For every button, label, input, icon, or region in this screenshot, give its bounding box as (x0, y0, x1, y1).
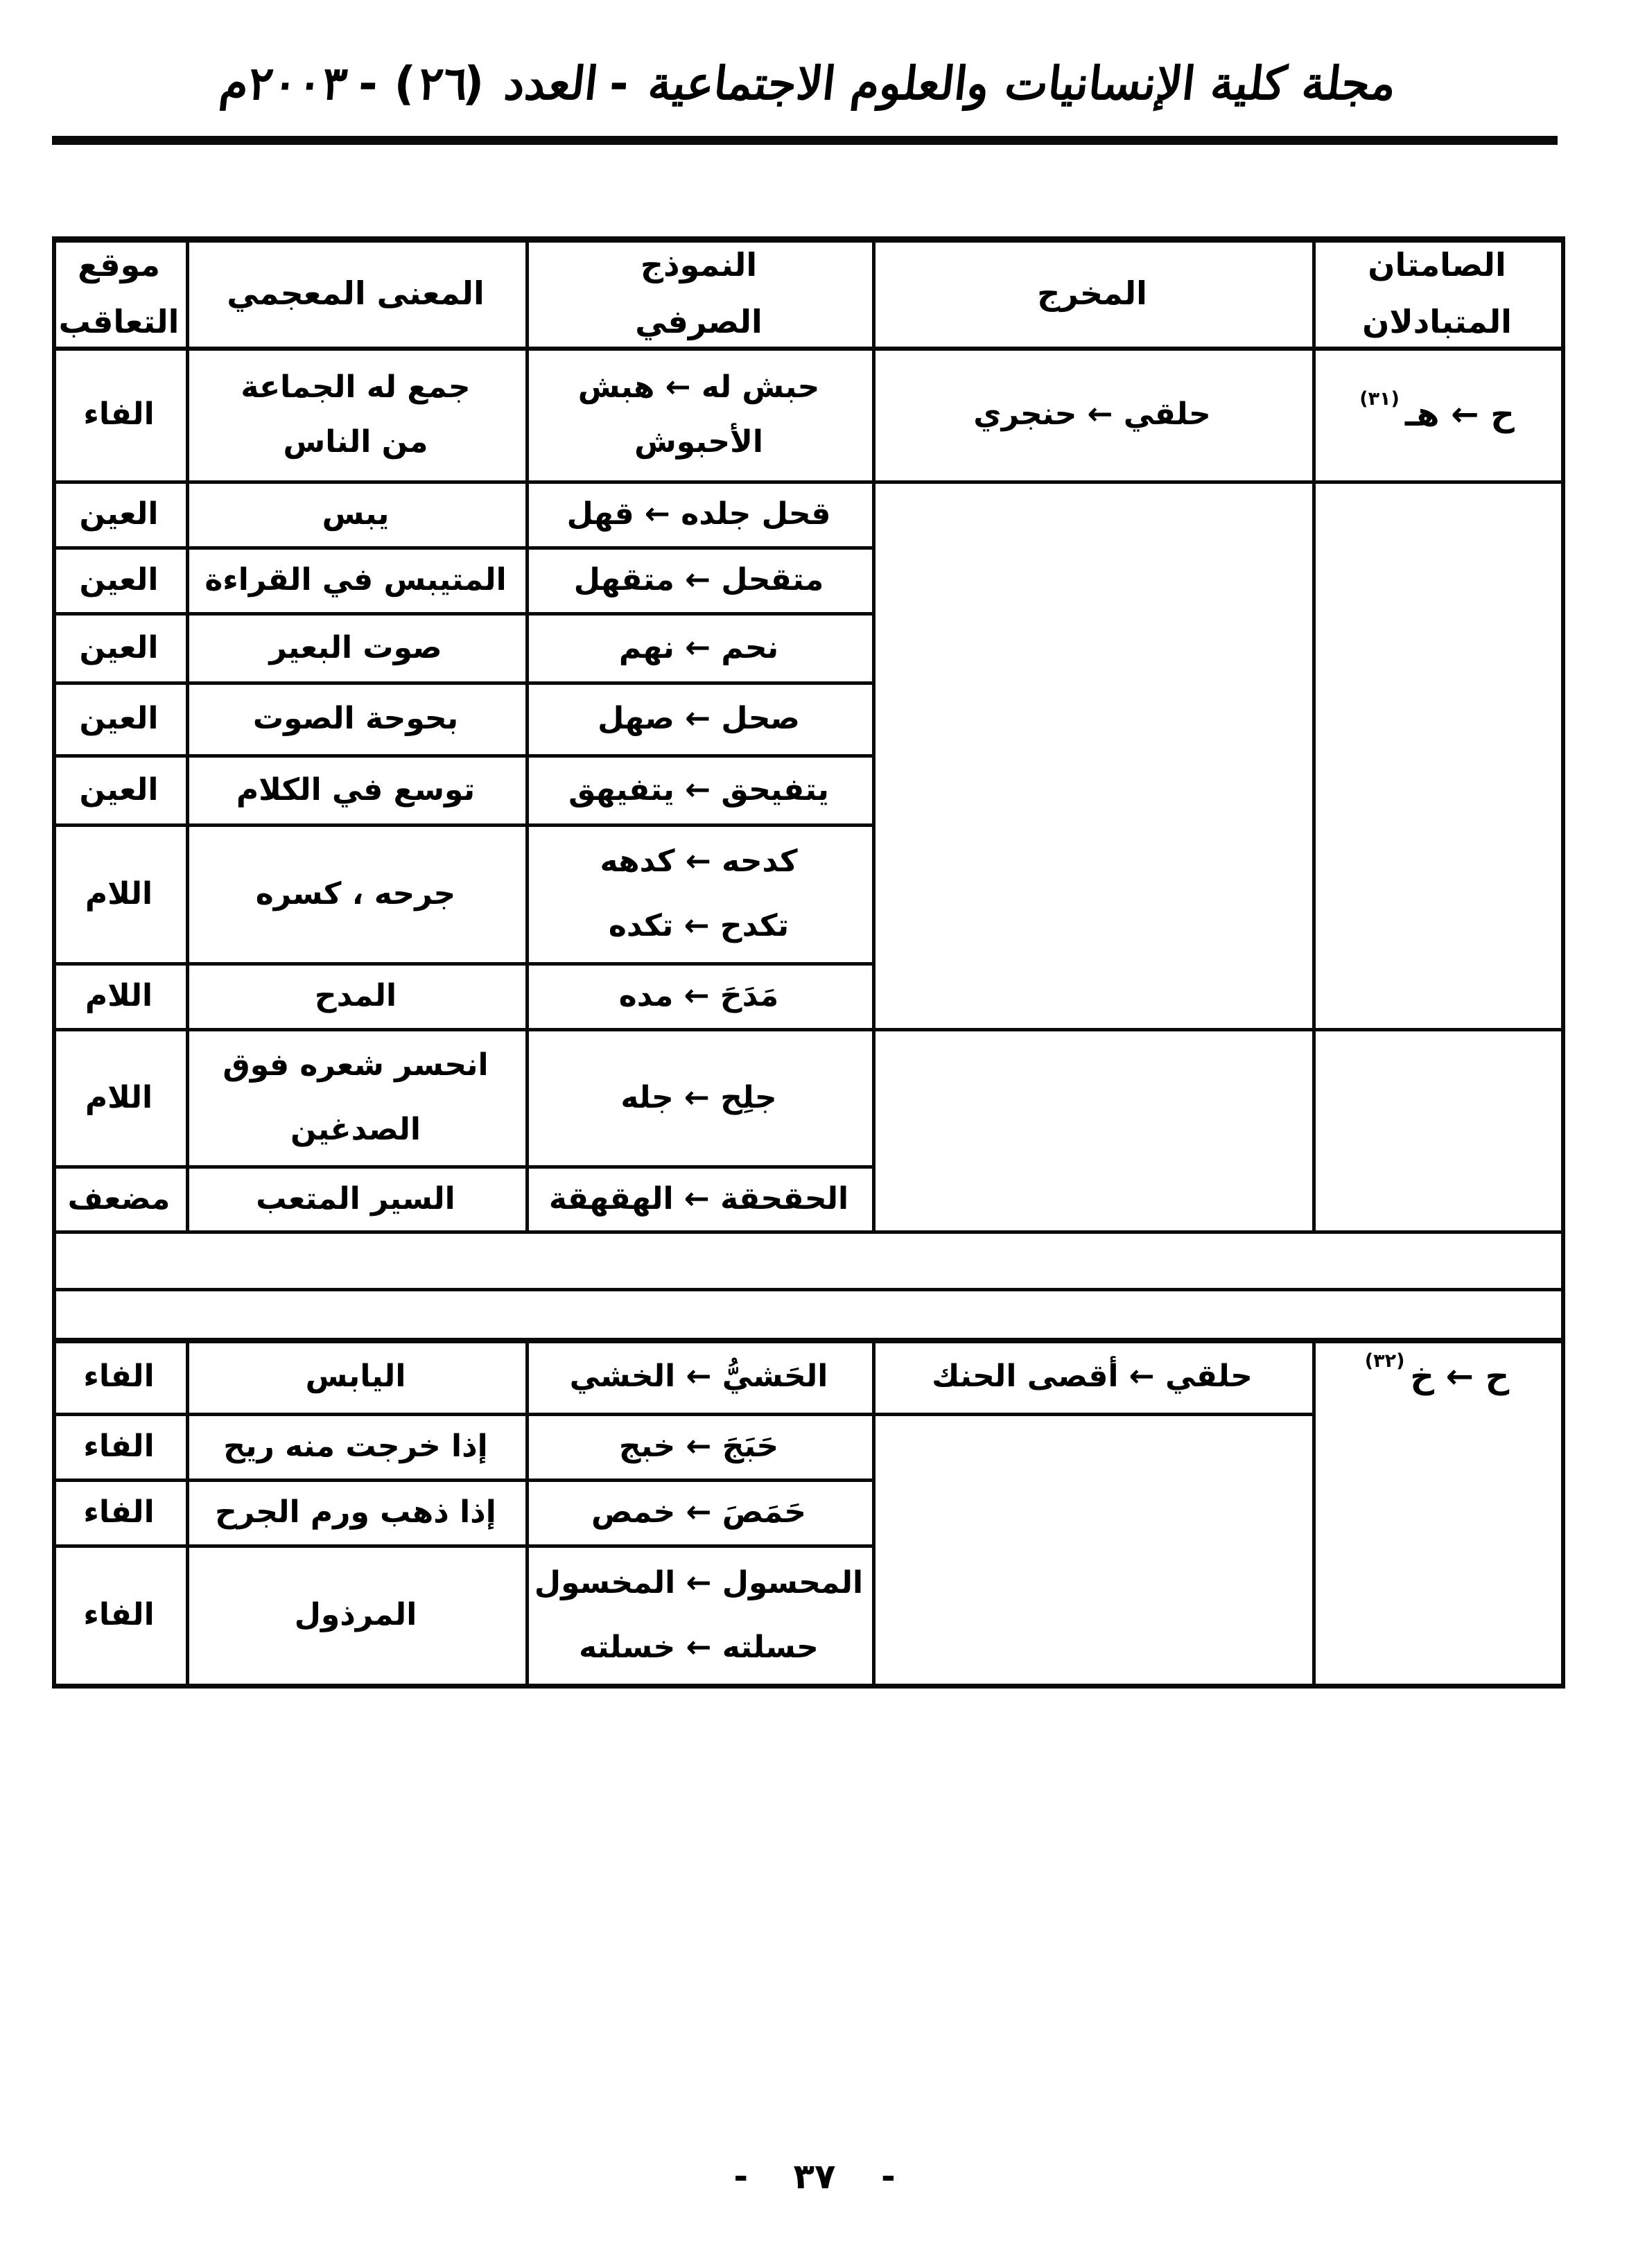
s1-r8-meaning: انحسر شعره فوق الصدغين (186, 1029, 525, 1167)
s1-r8-model: جلِح ← جله (525, 1029, 872, 1167)
s1-r1-position: العين (52, 482, 186, 548)
s1-r6-position: اللام (52, 825, 186, 963)
s1-r7-model: مَدَحَ ← مده (525, 963, 872, 1029)
s1-r3-meaning: صوت البعير (186, 613, 525, 683)
s2-consonants-pair: ح ← خ(٣٢) (1312, 1340, 1562, 1414)
header-col-model: النموذج الصرفي (525, 239, 872, 348)
s1-consonants-pair: ح ← هـ(٣١) (1312, 348, 1562, 482)
header-col-meaning: المعنى المعجمي (186, 239, 525, 348)
s1-r2-position: العين (52, 548, 186, 613)
s2-r2-model: حَمَصَ ← خمص (525, 1480, 872, 1546)
s2-r1-position: الفاء (52, 1414, 186, 1480)
s1-r0-model: حبش له ← هبش الأحبوش (525, 348, 872, 482)
s2-r3-meaning: المرذول (186, 1546, 525, 1685)
s1-r5-meaning: توسع في الكلام (186, 756, 525, 825)
header-col-position: موقع التعاقب (52, 239, 186, 348)
s2-r1-meaning: إذا خرجت منه ريح (186, 1414, 525, 1480)
s1-r6-meaning: جرحه ، كسره (186, 825, 525, 963)
s1-r7-position: اللام (52, 963, 186, 1029)
s1-r4-model: صحل ← صهل (525, 683, 872, 756)
s1-r5-model: يتفيحق ← يتفيهق (525, 756, 872, 825)
s2-makhraj: حلقي ← أقصى الحنك (872, 1340, 1312, 1414)
s1-r0-meaning: جمع له الجماعة من الناس (186, 348, 525, 482)
s2-r0-meaning: اليابس (186, 1340, 525, 1414)
footnote-ref-31: (٣١) (1359, 388, 1400, 410)
header-col-consonants: الصامتان المتبادلان (1312, 239, 1562, 348)
s1-r1-model: قحل جلده ← قهل (525, 482, 872, 548)
s1-r9-position: مضعف (52, 1167, 186, 1232)
header-rule (52, 136, 1558, 145)
document-page: مجلة كلية الإنسانيات والعلوم الاجتماعية … (0, 0, 1629, 2268)
footnote-ref-32: (٣٢) (1365, 1350, 1405, 1372)
s2-r0-position: الفاء (52, 1340, 186, 1414)
s2-r3-model: المحسول ← المخسول حسلته ← خسلته (525, 1546, 872, 1685)
s1-r0-position: الفاء (52, 348, 186, 482)
s1-r8-position: اللام (52, 1029, 186, 1167)
s1-r9-model: الحقحقة ← الهقهقة (525, 1167, 872, 1232)
s1-r4-position: العين (52, 683, 186, 756)
s1-makhraj: حلقي ← حنجري (872, 348, 1312, 482)
s1-r9-meaning: السير المتعب (186, 1167, 525, 1232)
s1-r2-model: متقحل ← متقهل (525, 548, 872, 613)
s2-r1-model: حَبَجَ ← خبج (525, 1414, 872, 1480)
page-number: - ٣٧ - (0, 2145, 1629, 2208)
s2-r0-model: الحَشيُّ ← الخشي (525, 1340, 872, 1414)
s1-r4-meaning: بحوحة الصوت (186, 683, 525, 756)
s1-r3-model: نحم ← نهم (525, 613, 872, 683)
s2-r3-position: الفاء (52, 1546, 186, 1685)
s1-r7-meaning: المدح (186, 963, 525, 1029)
s1-r2-meaning: المتيبس في القراءة (186, 548, 525, 613)
s2-r2-position: الفاء (52, 1480, 186, 1546)
s2-r2-meaning: إذا ذهب ورم الجرح (186, 1480, 525, 1546)
s1-r3-position: العين (52, 613, 186, 683)
journal-header: مجلة كلية الإنسانيات والعلوم الاجتماعية … (45, 35, 1563, 132)
s1-r5-position: العين (52, 756, 186, 825)
s1-r1-meaning: يبس (186, 482, 525, 548)
grid-line (52, 1288, 1565, 1291)
s1-r6-model: كدحه ← كدهه تكدح ← تكده (525, 825, 872, 963)
header-col-makhraj: المخرج (872, 239, 1312, 348)
